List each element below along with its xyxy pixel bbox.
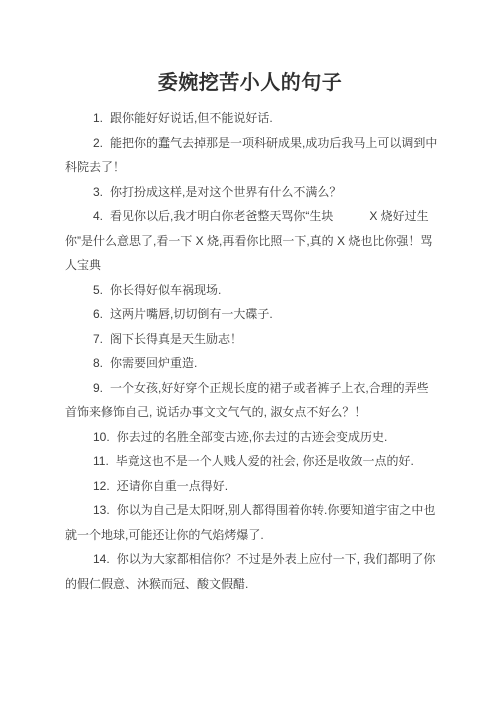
item-number: 6. — [93, 307, 103, 321]
sentence-list: 1.跟你能好好说话,但不能说好话. 2.能把你的蠢气去掉那是一项科研成果,成功后… — [0, 106, 500, 596]
list-item: 3.你打扮成这样,是对这个世界有什么不满么？ — [65, 180, 440, 205]
list-item: 12.还请你自重一点得好. — [65, 474, 440, 499]
item-number: 4. — [93, 209, 103, 223]
item-number: 9. — [93, 381, 103, 395]
list-item: 7.阁下长得真是天生励志！ — [65, 327, 440, 352]
document-page: 委婉挖苦小人的句子 1.跟你能好好说话,但不能说好话. 2.能把你的蠢气去掉那是… — [0, 0, 500, 708]
list-item: 11.毕竟这也不是一个人贱人爱的社会, 你还是收敛一点的好. — [65, 449, 440, 474]
page-title: 委婉挖苦小人的句子 — [0, 0, 500, 96]
item-text: 你长得好似车祸现场. — [110, 283, 221, 297]
item-number: 7. — [93, 332, 103, 346]
item-text: 这两片嘴唇,切切倒有一大碟子. — [110, 307, 273, 321]
list-item: 10.你去过的名胜全部变古迹,你去过的古迹会变成历史. — [65, 425, 440, 450]
item-number: 10. — [93, 430, 110, 444]
item-text: 还请你自重一点得好. — [117, 479, 228, 493]
list-item: 9.一个女孩,好好穿个正规长度的裙子或者裤子上衣,合理的弄些首饰来修饰自己, 说… — [65, 376, 440, 425]
item-number: 1. — [93, 111, 103, 125]
item-text: 看见你以后,我才明白你老爸整天骂你“生块 X 烧好过生你”是什么意思了,看一下 … — [65, 209, 432, 272]
item-number: 5. — [93, 283, 103, 297]
list-item: 6.这两片嘴唇,切切倒有一大碟子. — [65, 302, 440, 327]
item-number: 11. — [93, 454, 109, 468]
item-number: 12. — [93, 479, 110, 493]
list-item: 2.能把你的蠢气去掉那是一项科研成果,成功后我马上可以调到中科院去了！ — [65, 131, 440, 180]
item-text: 阁下长得真是天生励志！ — [110, 332, 242, 346]
item-number: 3. — [93, 185, 103, 199]
list-item: 5.你长得好似车祸现场. — [65, 278, 440, 303]
item-number: 14. — [93, 552, 110, 566]
list-item: 4.看见你以后,我才明白你老爸整天骂你“生块 X 烧好过生你”是什么意思了,看一… — [65, 204, 440, 278]
item-number: 13. — [93, 503, 110, 517]
list-item: 8.你需要回炉重造. — [65, 351, 440, 376]
item-text: 一个女孩,好好穿个正规长度的裙子或者裤子上衣,合理的弄些首饰来修饰自己, 说话办… — [65, 381, 429, 420]
item-text: 你以为大家都相信你？不过是外表上应付一下, 我们都明了你的假仁假意、沐猴而冠、酸… — [65, 552, 435, 591]
item-text: 你去过的名胜全部变古迹,你去过的古迹会变成历史. — [117, 430, 388, 444]
item-number: 2. — [93, 136, 103, 150]
list-item: 1.跟你能好好说话,但不能说好话. — [65, 106, 440, 131]
item-text: 你需要回炉重造. — [110, 356, 197, 370]
item-text: 跟你能好好说话,但不能说好话. — [110, 111, 273, 125]
list-item: 14.你以为大家都相信你？不过是外表上应付一下, 我们都明了你的假仁假意、沐猴而… — [65, 547, 440, 596]
item-text: 毕竟这也不是一个人贱人爱的社会, 你还是收敛一点的好. — [116, 454, 414, 468]
item-text: 你打扮成这样,是对这个世界有什么不满么？ — [110, 185, 341, 199]
item-text: 能把你的蠢气去掉那是一项科研成果,成功后我马上可以调到中科院去了！ — [65, 136, 437, 175]
item-text: 你以为自己是太阳呀,别人都得围着你转.你要知道宇宙之中也就一个地球,可能还让你的… — [65, 503, 435, 542]
list-item: 13.你以为自己是太阳呀,别人都得围着你转.你要知道宇宙之中也就一个地球,可能还… — [65, 498, 440, 547]
item-number: 8. — [93, 356, 103, 370]
